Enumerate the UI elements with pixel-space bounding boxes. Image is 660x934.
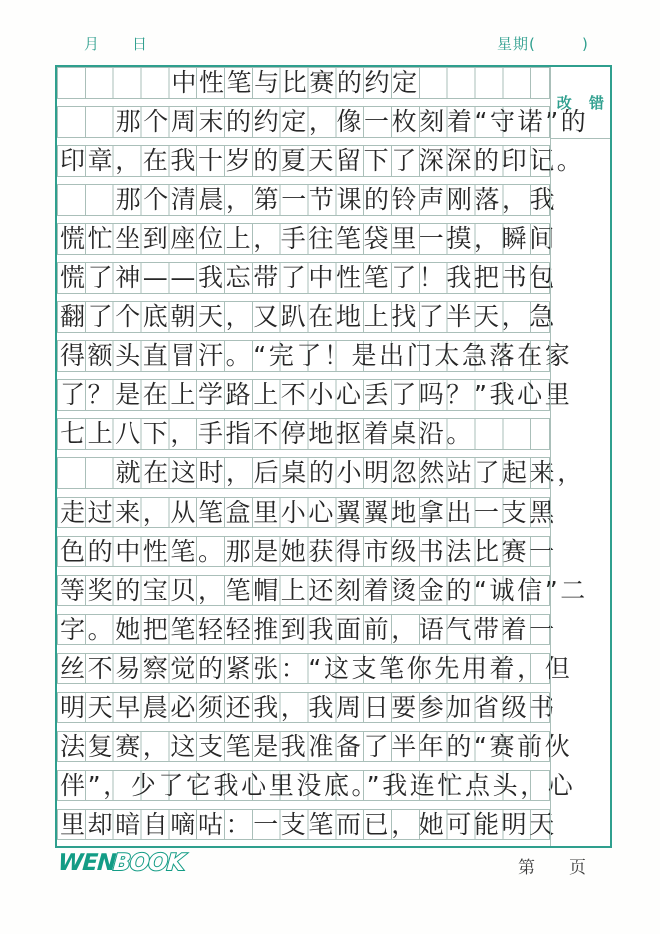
grid-row: 就在这时，后桌的小明忽然站了起来， xyxy=(57,457,550,489)
grid-row: 得额头直冒汗。“完了！是出门太急落在家 xyxy=(57,340,550,372)
handwriting-line: 伴”，少了它我心里没底。”我连忙点头，心 xyxy=(60,771,575,801)
composition-grid-sheet: 中性笔与比赛的约定那个周末的约定，像一枚刻着“守诺”的印章，在我十岁的夏天留下了… xyxy=(55,65,612,848)
handwriting-line: 明天早晨必须还我，我周日要参加省级书 xyxy=(60,693,557,723)
grid-row: 印章，在我十岁的夏天留下了深深的印记。 xyxy=(57,145,550,177)
handwriting-line: 丝不易察觉的紧张：“这支笔你先用着，但 xyxy=(60,654,572,684)
handwriting-line: 得额头直冒汗。“完了！是出门太急落在家 xyxy=(60,341,572,371)
handwriting-line: 法复赛，这支笔是我准备了半年的“赛前伙 xyxy=(60,732,572,762)
correction-column: 改 错 xyxy=(550,67,610,846)
handwriting-line: 走过来，从笔盒里小心翼翼地拿出一支黑 xyxy=(60,498,557,528)
grid-row: 丝不易察觉的紧张：“这支笔你先用着，但 xyxy=(57,653,550,685)
handwriting-line: 里却暗自嘀咕：一支笔而已，她可能明天 xyxy=(60,810,557,840)
handwriting-line: 等奖的宝贝，笔帽上还刻着烫金的“诚信”二 xyxy=(60,576,588,606)
page-number-label: 第 页 xyxy=(518,853,586,878)
handwriting-line: 慌忙坐到座位上，手往笔袋里一摸，瞬间 xyxy=(60,224,557,254)
handwriting-line: 色的中性笔。那是她获得市级书法比赛一 xyxy=(60,537,557,567)
grid-row: 色的中性笔。那是她获得市级书法比赛一 xyxy=(57,536,550,568)
handwriting-line: 那个清晨，第一节课的铃声刚落，我 xyxy=(116,185,558,215)
essay-title-line: 中性笔与比赛的约定 xyxy=(171,68,419,98)
grid-row: 那个周末的约定，像一枚刻着“守诺”的 xyxy=(57,106,550,138)
brand-logo-book: BOOK xyxy=(112,850,184,876)
grid-row: 慌了神——我忘带了中性笔了！我把书包 xyxy=(57,262,550,294)
brand-logo-wen: WEN xyxy=(57,850,116,876)
grid-row: 字。她把笔轻轻推到我面前，语气带着一 xyxy=(57,614,550,646)
grid-row: 明天早晨必须还我，我周日要参加省级书 xyxy=(57,692,550,724)
handwriting-line: 就在这时，后桌的小明忽然站了起来， xyxy=(116,458,585,488)
grid-row: 了？是在上学路上不小心丢了吗？”我心里 xyxy=(57,379,550,411)
handwriting-line: 那个周末的约定，像一枚刻着“守诺”的 xyxy=(116,107,589,137)
handwriting-line: 印章，在我十岁的夏天留下了深深的印记。 xyxy=(60,146,584,176)
grid-row: 伴”，少了它我心里没底。”我连忙点头，心 xyxy=(57,770,550,802)
grid-row: 法复赛，这支笔是我准备了半年的“赛前伙 xyxy=(57,731,550,763)
grid-row: 中性笔与比赛的约定 xyxy=(57,67,550,99)
month-label: 月 xyxy=(84,33,100,54)
brand-logo: WENBOOK xyxy=(57,850,185,876)
handwriting-line: 七上八下，手指不停地抠着桌沿。 xyxy=(60,419,474,449)
grid-row: 那个清晨，第一节课的铃声刚落，我 xyxy=(57,184,550,216)
grid-row: 七上八下，手指不停地抠着桌沿。 xyxy=(57,418,550,450)
handwriting-line: 慌了神——我忘带了中性笔了！我把书包 xyxy=(60,263,557,293)
weekday-label: 星期( ) xyxy=(497,33,589,54)
grid-row: 翻了个底朝天，又趴在地上找了半天，急 xyxy=(57,301,550,333)
grid-row: 走过来，从笔盒里小心翼翼地拿出一支黑 xyxy=(57,497,550,529)
writing-area: 中性笔与比赛的约定那个周末的约定，像一枚刻着“守诺”的印章，在我十岁的夏天留下了… xyxy=(57,67,550,846)
handwriting-line: 字。她把笔轻轻推到我面前，语气带着一 xyxy=(60,615,557,645)
grid-row: 等奖的宝贝，笔帽上还刻着烫金的“诚信”二 xyxy=(57,575,550,607)
handwriting-line: 了？是在上学路上不小心丢了吗？”我心里 xyxy=(60,380,572,410)
correction-label: 改 错 xyxy=(551,92,610,113)
day-label: 日 xyxy=(132,33,148,54)
grid-row: 里却暗自嘀咕：一支笔而已，她可能明天 xyxy=(57,809,550,841)
grid-row: 慌忙坐到座位上，手往笔袋里一摸，瞬间 xyxy=(57,223,550,255)
handwriting-line: 翻了个底朝天，又趴在地上找了半天，急 xyxy=(60,302,557,332)
correction-header-box: 改 错 xyxy=(551,67,610,139)
notebook-page: 月 日 星期( ) 中性笔与比赛的约定那个周末的约定，像一枚刻着“守诺”的印章，… xyxy=(0,0,660,934)
